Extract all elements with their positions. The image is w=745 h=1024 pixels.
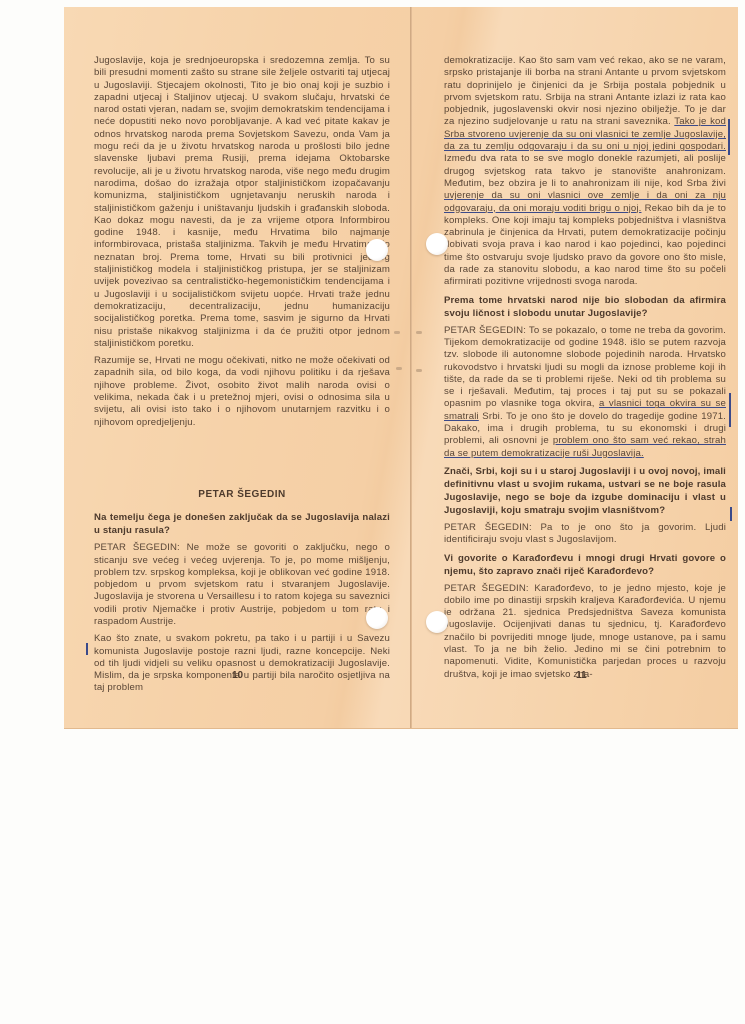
pen-margin-mark bbox=[730, 507, 732, 521]
punch-hole bbox=[366, 607, 388, 629]
interview-answer: PETAR ŠEGEDIN: To se pokazalo, o tome ne… bbox=[444, 325, 726, 460]
interview-question: Znači, Srbi, koji su i u staroj Jugoslav… bbox=[444, 465, 726, 517]
pen-margin-mark bbox=[728, 119, 730, 155]
interview-question: Prema tome hrvatski narod nije bio slobo… bbox=[444, 294, 726, 320]
interview-question: Na temelju čega je donešen zaključak da … bbox=[94, 511, 390, 537]
interview-answer: PETAR ŠEGEDIN: Karađorđevo, to je jedno … bbox=[444, 583, 726, 681]
section-heading: PETAR ŠEGEDIN bbox=[94, 489, 390, 501]
punch-hole bbox=[366, 239, 388, 261]
interview-answer: PETAR ŠEGEDIN: Pa to je ono što ja govor… bbox=[444, 522, 726, 547]
pen-margin-mark bbox=[729, 393, 731, 427]
punch-hole bbox=[426, 611, 448, 633]
left-page: Jugoslavije, koja je srednjoeuropska i s… bbox=[94, 55, 390, 700]
staple-mark bbox=[396, 367, 402, 370]
interview-answer: Kao što znate, u svakom pokretu, pa tako… bbox=[94, 633, 390, 694]
booklet-spread: Jugoslavije, koja je srednjoeuropska i s… bbox=[64, 7, 738, 728]
page-number-right: 11 bbox=[576, 670, 587, 681]
pen-margin-mark bbox=[86, 643, 88, 655]
paragraph: Jugoslavije, koja je srednjoeuropska i s… bbox=[94, 55, 390, 350]
punch-hole bbox=[426, 233, 448, 255]
page-number-left: 10 bbox=[232, 670, 243, 681]
paragraph: demokratizacije. Kao što sam vam već rek… bbox=[444, 55, 726, 289]
booklet-spine bbox=[410, 7, 412, 728]
staple-mark bbox=[416, 369, 422, 372]
paragraph: Razumije se, Hrvati ne mogu očekivati, n… bbox=[94, 355, 390, 429]
staple-mark bbox=[394, 331, 400, 334]
staple-mark bbox=[416, 331, 422, 334]
right-page: demokratizacije. Kao što sam vam već rek… bbox=[444, 55, 726, 686]
interview-question: Vi govorite o Karađorđevu i mnogi drugi … bbox=[444, 552, 726, 578]
interview-answer: PETAR ŠEGEDIN: Ne može se govoriti o zak… bbox=[94, 542, 390, 628]
